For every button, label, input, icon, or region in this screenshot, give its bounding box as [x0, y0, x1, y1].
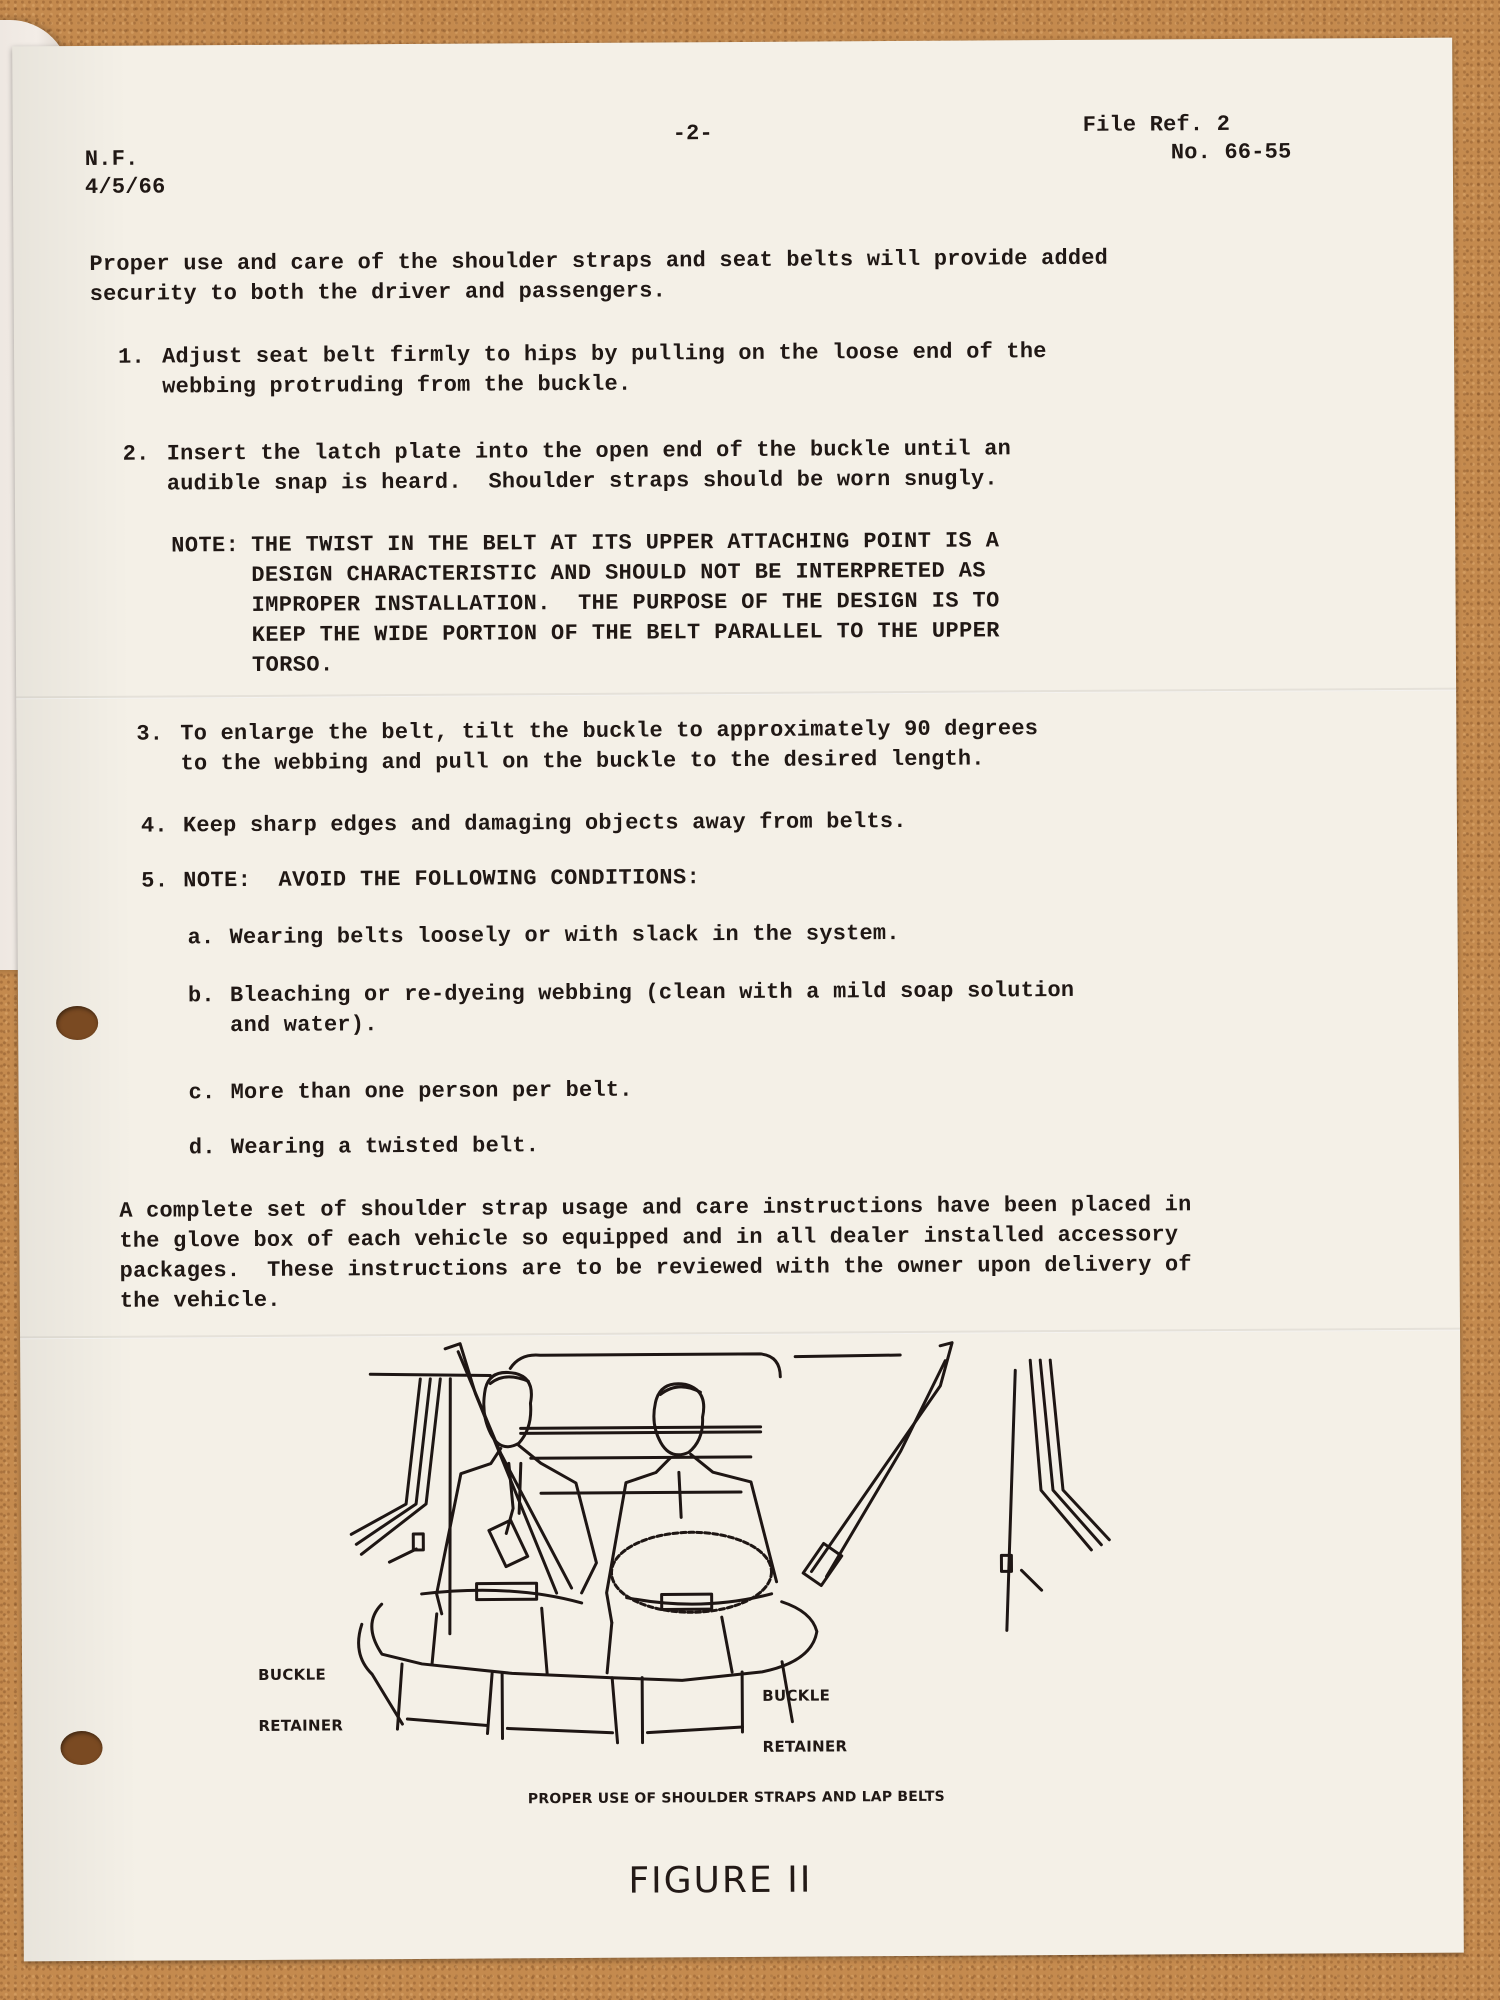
document-page: N.F. 4/5/66 -2- File Ref. 2 No. 66-55 Pr… — [12, 38, 1464, 1962]
step-text: webbing protruding from the buckle. — [162, 369, 631, 403]
condition-text: More than one person per belt. — [230, 1075, 632, 1108]
paper-fold — [16, 688, 1456, 700]
note-label: NOTE: — [171, 530, 239, 561]
step-text: Adjust seat belt firmly to hips by pulli… — [162, 336, 1047, 372]
figure-caption: PROPER USE OF SHOULDER STRAPS AND LAP BE… — [528, 1789, 945, 1808]
document-date: 4/5/66 — [85, 171, 166, 202]
note-line: KEEP THE WIDE PORTION OF THE BELT PARALL… — [252, 615, 1000, 651]
step-number: 2. — [123, 439, 150, 470]
punch-hole — [56, 1006, 98, 1040]
seatbelt-illustration — [340, 1330, 1123, 1755]
condition-letter: c. — [188, 1077, 215, 1108]
closing-line: the vehicle. — [120, 1285, 281, 1317]
file-number: No. 66-55 — [1171, 137, 1292, 169]
condition-text: Bleaching or re-dyeing webbing (clean wi… — [230, 975, 1075, 1011]
step-text: to the webbing and pull on the buckle to… — [180, 743, 984, 779]
condition-text: Wearing belts loosely or with slack in t… — [230, 918, 900, 953]
note-line: TORSO. — [252, 649, 334, 680]
closing-line: packages. These instructions are to be r… — [120, 1249, 1192, 1287]
condition-letter: d. — [189, 1132, 216, 1163]
condition-letter: b. — [188, 980, 215, 1011]
step-number: 4. — [141, 810, 168, 841]
file-ref: File Ref. 2 — [1083, 109, 1231, 141]
step-text: NOTE: AVOID THE FOLLOWING CONDITIONS: — [183, 862, 700, 896]
author-initials: N.F. — [85, 144, 139, 175]
step-text: Keep sharp edges and damaging objects aw… — [183, 806, 907, 841]
punch-hole — [60, 1731, 102, 1765]
step-number: 5. — [141, 865, 168, 896]
page-number: -2- — [673, 118, 713, 149]
step-number: 3. — [136, 719, 163, 750]
condition-text: and water). — [230, 1009, 378, 1041]
step-text: audible snap is heard. Shoulder straps s… — [167, 463, 998, 499]
buckle-retainer-label-left: BUCKLE RETAINER — [258, 1632, 344, 1769]
figure-title: FIGURE II — [628, 1860, 812, 1902]
intro-line: security to both the driver and passenge… — [90, 275, 666, 310]
condition-letter: a. — [188, 922, 215, 953]
buckle-retainer-label-right: BUCKLE RETAINER — [762, 1653, 848, 1790]
intro-line: Proper use and care of the shoulder stra… — [89, 243, 1108, 280]
condition-text: Wearing a twisted belt. — [231, 1130, 539, 1163]
step-number: 1. — [118, 342, 145, 373]
